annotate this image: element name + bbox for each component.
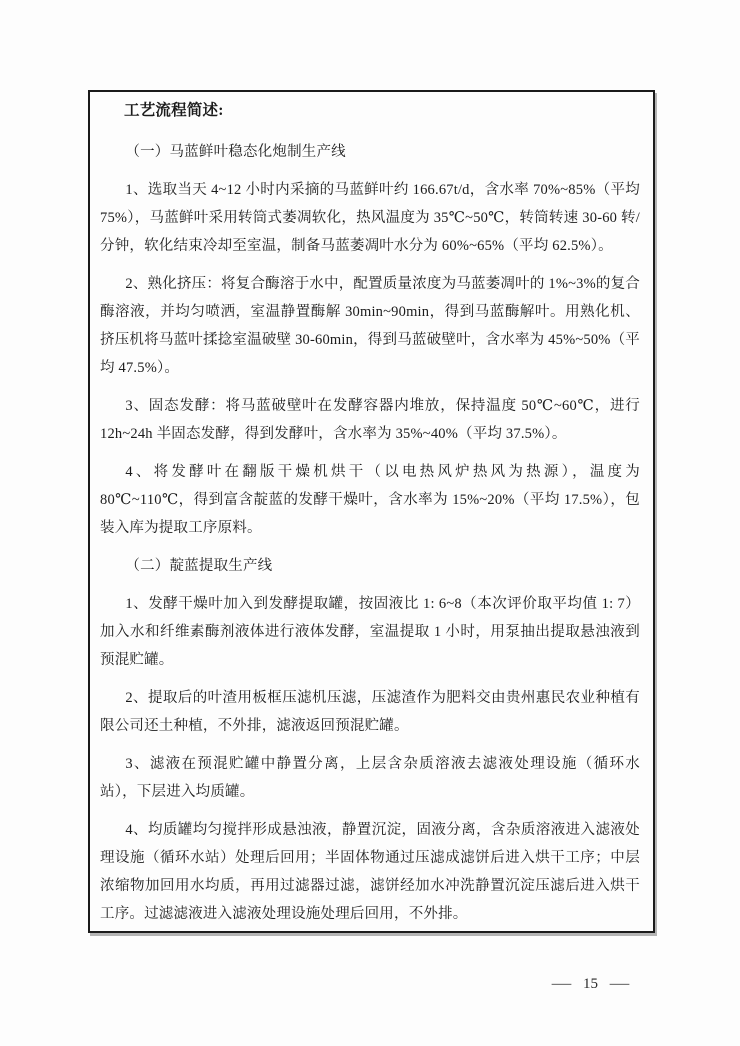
- page-footer: — 15 —: [518, 972, 663, 996]
- footer-dash-right: —: [610, 976, 630, 993]
- section-2-heading: （二）靛蓝提取生产线: [100, 552, 640, 580]
- section-2-paragraph-1: 1、发酵干燥叶加入到发酵提取罐，按固液比 1: 6~8（本次评价取平均值 1: …: [100, 590, 640, 674]
- section-1-paragraph-3: 3、固态发酵：将马蓝破壁叶在发酵容器内堆放，保持温度 50℃~60℃，进行 12…: [100, 392, 640, 448]
- section-1-paragraph-2: 2、熟化挤压：将复合酶溶于水中，配置质量浓度为马蓝萎凋叶的 1%~3%的复合酶溶…: [100, 270, 640, 382]
- section-1-heading: （一）马蓝鲜叶稳态化炮制生产线: [100, 138, 640, 166]
- section-2-paragraph-3: 3、滤液在预混贮罐中静置分离，上层含杂质溶液去滤液处理设施（循环水站），下层进入…: [100, 750, 640, 806]
- section-2-paragraph-4: 4、均质罐均匀搅拌形成悬浊液，静置沉淀，固液分离，含杂质溶液进入滤液处理设施（循…: [100, 816, 640, 928]
- section-2-paragraph-2: 2、提取后的叶渣用板框压滤机压滤，压滤渣作为肥料交由贵州惠民农业种植有限公司还土…: [100, 684, 640, 740]
- process-description-box: 工艺流程简述: （一）马蓝鲜叶稳态化炮制生产线 1、选取当天 4~12 小时内采…: [88, 90, 655, 933]
- section-1-paragraph-4: 4、将发酵叶在翻版干燥机烘干（以电热风炉热风为热源），温度为 80℃~110℃，…: [100, 458, 640, 542]
- section-1-paragraph-1: 1、选取当天 4~12 小时内采摘的马蓝鲜叶约 166.67t/d，含水率 70…: [100, 176, 640, 260]
- scanned-document-page: { "document": { "title": "工艺流程简述:", "sec…: [0, 0, 740, 1046]
- document-title: 工艺流程简述:: [100, 97, 640, 125]
- page-number: 15: [583, 976, 598, 993]
- footer-dash-left: —: [552, 976, 572, 993]
